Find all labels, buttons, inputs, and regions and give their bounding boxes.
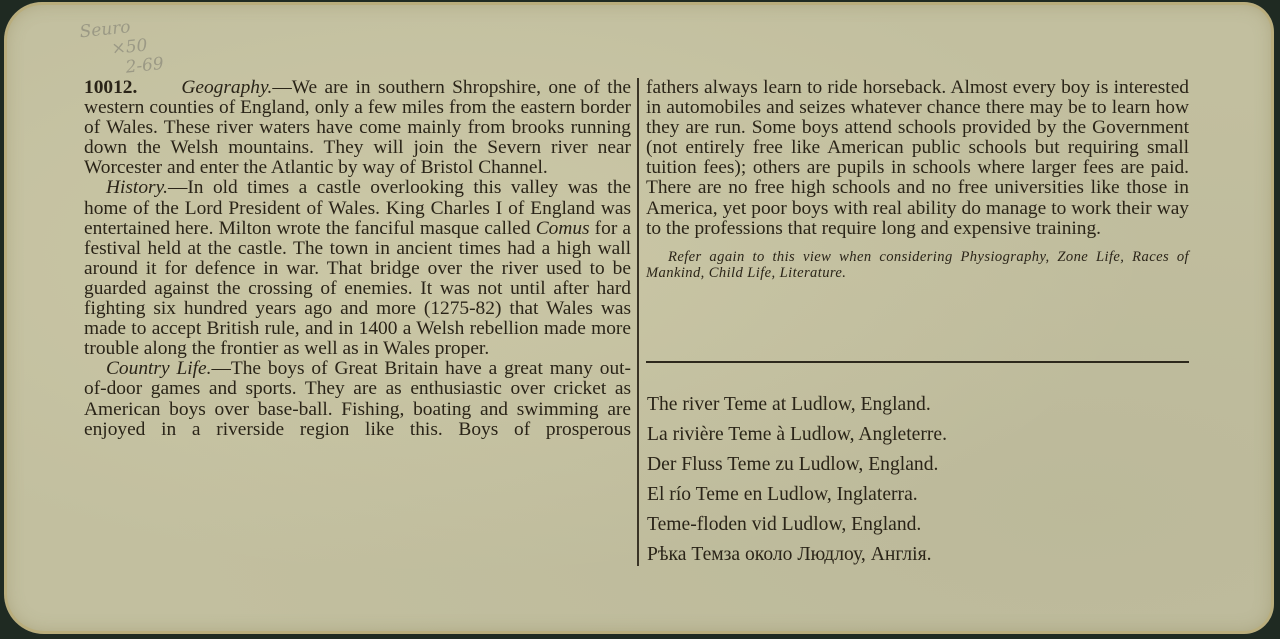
caption-german: Der Fluss Teme zu Ludlow, England. — [647, 450, 947, 480]
geography-text: —We are in southern Shropshire, one of t… — [84, 77, 631, 178]
history-paragraph: History.—In old times a castle overlooki… — [84, 178, 631, 359]
horizontal-rule — [646, 361, 1189, 363]
multilingual-captions: The river Teme at Ludlow, England. La ri… — [647, 390, 947, 570]
caption-english: The river Teme at Ludlow, England. — [647, 390, 947, 420]
geography-paragraph: 10012.Geography.—We are in southern Shro… — [84, 78, 631, 178]
history-text-continued: for a festival held at the castle. The t… — [84, 218, 631, 360]
country-life-paragraph: Country Life.—The boys of Great Britain … — [84, 359, 631, 439]
country-life-continuation: fathers always learn to ride horseback. … — [646, 78, 1189, 239]
left-text-column: 10012.Geography.—We are in southern Shro… — [84, 78, 631, 440]
view-number: 10012. — [84, 77, 137, 98]
geography-heading: Geography. — [181, 77, 272, 98]
right-text-column: fathers always learn to ride horseback. … — [646, 78, 1189, 281]
caption-french: La rivière Teme à Ludlow, Angleterre. — [647, 420, 947, 450]
refer-note: Refer again to this view when considerin… — [646, 249, 1189, 281]
country-life-heading: Country Life. — [106, 358, 211, 379]
history-heading: History. — [106, 177, 168, 198]
comus-title: Comus — [536, 218, 590, 239]
column-divider — [637, 78, 639, 566]
caption-spanish: El río Teme en Ludlow, Inglaterra. — [647, 480, 947, 510]
caption-swedish: Teme-floden vid Ludlow, England. — [647, 510, 947, 540]
caption-russian: Рѣка Темза около Людлоу, Англія. — [647, 540, 947, 570]
